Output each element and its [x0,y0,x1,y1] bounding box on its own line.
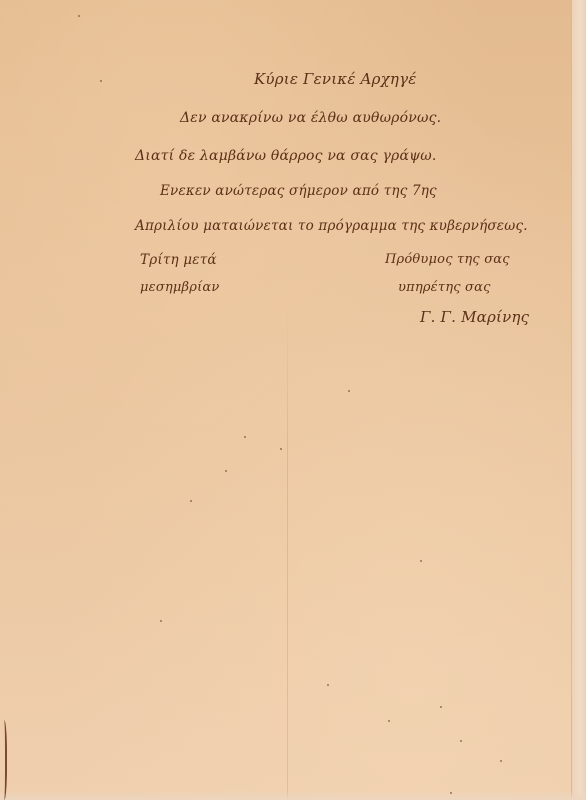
letter-date-line-1: Τρίτη μετά [140,252,217,268]
paper-speck [450,792,452,794]
letter-closing-line-2: υπηρέτης σας [398,280,491,295]
paper-speck [420,560,422,562]
paper-bottom-edge [0,790,586,800]
paper-speck [280,448,282,450]
paper-speck [460,740,462,742]
paper-speck [348,390,350,392]
paper-speck [440,706,442,708]
letter-body-line-3: Ενεκεν ανώτερας σήμερον από της 7ης [160,183,437,199]
paper-fold-line [287,300,288,800]
letter-closing-line-1: Πρόθυμος της σας [385,252,510,267]
paper-speck [244,436,246,438]
paper-speck [190,500,192,502]
paper-speck [500,760,502,762]
paper-torn-edge [0,720,7,800]
paper-speck [78,15,80,17]
paper-speck [327,684,329,686]
letter-body-line-1: Δεν ανακρίνω να έλθω αυθωρόνως. [180,110,441,126]
paper-speck [388,720,390,722]
letter-body-line-2: Διατί δε λαμβάνω θάρρος να σας γράψω. [135,148,437,164]
letter-body-line-4: Απριλίου ματαιώνεται το πρόγραμμα της κυ… [135,218,528,234]
letter-date-line-2: μεσημβρίαν [140,280,219,295]
paper-speck [100,80,102,82]
letter-salutation: Κύριε Γενικέ Αρχηγέ [254,70,417,88]
paper-speck [225,470,227,472]
letter-page: Κύριε Γενικέ Αρχηγέ Δεν ανακρίνω να έλθω… [0,0,586,800]
letter-signature: Γ. Γ. Μαρίνης [420,308,529,326]
paper-speck [160,620,162,622]
paper-right-edge [571,0,586,800]
